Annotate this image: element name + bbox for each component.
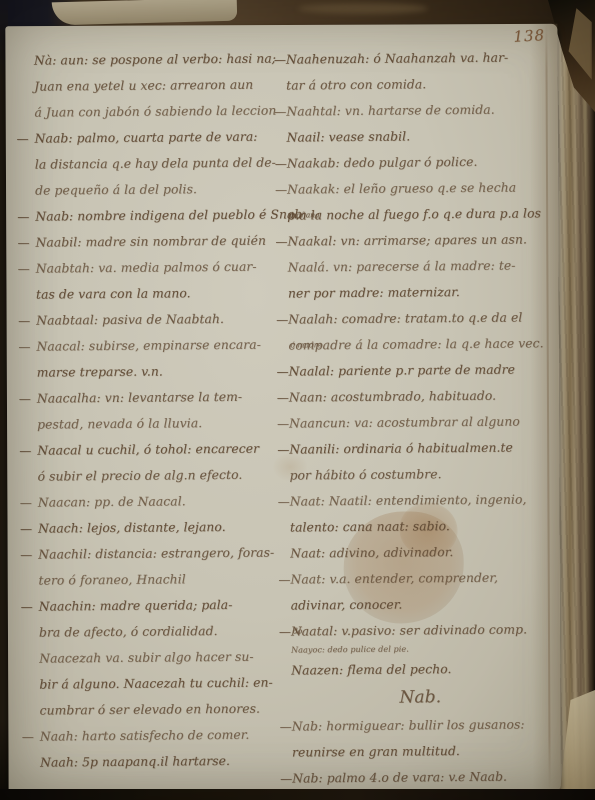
entry-text: bra de afecto, ó cordialidad. <box>39 618 218 646</box>
entry-dash-mark: — <box>17 230 29 256</box>
entry-text: Nab: palmo 4.o de vara: v.e Naab. <box>292 764 507 792</box>
manuscript-line: —Naach: lejos, distante, lejano. <box>38 513 292 541</box>
manuscript-line: —Naacal u cuchil, ó tohol: encarecer <box>37 435 291 463</box>
entry-text: de pequeño á la del polis. <box>35 176 197 203</box>
manuscript-line: —Nab: palmo 4.o de vara: v.e Naab. <box>292 763 558 791</box>
manuscript-line: —Nab: hormiguear: bullir los gusanos: <box>292 711 558 739</box>
manuscript-line: —Naalah: comadre: tratam.to q.e da el <box>288 304 554 332</box>
manuscript-line: —Naacal: subirse, empinarse encara- <box>36 331 290 359</box>
section-header: Nab. <box>291 681 557 713</box>
entry-dash-mark: — <box>276 307 288 333</box>
manuscript-line: —Naahenuzah: ó Naahanzah va. har- <box>286 44 552 72</box>
manuscript-line: marse treparse. v.n. <box>37 357 291 385</box>
entry-dash-mark: — <box>274 99 286 125</box>
entry-dash-mark: — <box>277 437 289 463</box>
manuscript-line: Naail: vease snabil. <box>286 122 552 150</box>
entry-text: Naakak: el leño grueso q.e se hecha <box>287 175 516 203</box>
entry-dash-mark: — <box>280 766 292 792</box>
manuscript-line: adivinar, conocer. <box>291 590 557 618</box>
manuscript-line: tar á otro con comida. <box>286 70 552 98</box>
manuscript-line: Naalá. vn: parecerse á la madre: te- <box>288 252 554 280</box>
manuscript-line: —Naakal: vn: arrimarse; apares un asn. <box>287 226 553 254</box>
manuscript-line: compadre á la comadre: la q.e hace vec.ó… <box>288 330 554 358</box>
entry-text: Naab: palmo, cuarta parte de vara: <box>35 124 258 152</box>
entry-text: talento: cana naat: sabio. <box>290 513 450 540</box>
entry-text: tas de vara con la mano. <box>36 280 191 307</box>
entry-text: Naabtah: va. media palmos ó cuar- <box>36 254 257 282</box>
manuscript-line: —Naacalha: vn: levantarse la tem- <box>37 383 291 411</box>
manuscript-line: ner por madre: maternizar. <box>288 278 554 306</box>
entry-text: Naancun: va: acostumbrar al alguno <box>289 409 520 437</box>
entry-dash-mark: — <box>19 386 31 412</box>
entry-text: tero ó foraneo, Hnachil <box>38 566 185 593</box>
superscript-note: do <box>293 626 302 635</box>
manuscript-line: —Naabil: madre sin nombrar de quién <box>35 227 289 255</box>
entry-text: Naabil: madre sin nombrar de quién <box>35 228 266 256</box>
entry-text: tar á otro con comida. <box>286 71 426 98</box>
entry-text: Naazen: flema del pecho. <box>291 656 451 683</box>
entry-text: la distancia q.e hay dela punta del de- <box>35 150 276 178</box>
entry-text: Naakab: dedo pulgar ó police. <box>287 149 478 177</box>
manuscript-line: Nà: aun: se pospone al verbo: hasi na; <box>34 45 288 73</box>
manuscript-line: —Naachin: madre querida; pala- <box>39 591 293 619</box>
entry-text: por hábito ó costumbre. <box>289 461 441 488</box>
entry-text: á Juan con jabón ó sabiendo la leccion <box>34 98 276 126</box>
entry-dash-mark: — <box>18 308 30 334</box>
manuscript-line: Naah: 5p naapanq.il hartarse. <box>40 747 294 775</box>
manuscript-line: cumbrar ó ser elevado en honores. <box>40 695 294 723</box>
entry-text: marse treparse. v.n. <box>37 359 163 386</box>
manuscript-line: —Naat: Naatil: entendimiento, ingenio, <box>290 486 556 514</box>
entry-text: Naacan: pp. de Naacal. <box>38 488 186 515</box>
manuscript-line: Naazen: flema del pecho. <box>291 655 557 683</box>
entry-text: bir á alguno. Naacezah tu cuchil: en- <box>39 670 273 698</box>
right-column: —Naahenuzah: ó Naahanzah va. har-tar á o… <box>286 44 558 791</box>
entry-dash-mark: — <box>18 334 30 360</box>
manuscript-page: 138 Nà: aun: se pospone al verbo: hasi n… <box>5 24 560 792</box>
entry-text: Nab: hormiguear: bullir los gusanos: <box>292 712 525 740</box>
entry-text: Naakal: vn: arrimarse; apares un asn. <box>287 226 527 254</box>
entry-text: Naalal: pariente p.r parte de madre <box>289 357 516 385</box>
entry-dash-mark: — <box>280 714 292 740</box>
manuscript-line: bra de afecto, ó cordialidad. <box>39 617 293 645</box>
manuscript-photo: 138 Nà: aun: se pospone al verbo: hasi n… <box>0 0 595 800</box>
entry-dash-mark: — <box>19 438 31 464</box>
manuscript-line: p.a la noche al fuego f.o q.e dura p.a l… <box>287 200 553 228</box>
entry-dash-mark: — <box>278 489 290 515</box>
entry-text: Naatal: v.pasivo: ser adivinado comp. <box>291 616 527 644</box>
manuscript-line: Juan ena yetel u xec: arrearon aun <box>34 71 288 99</box>
entry-text: Naan: acostumbrado, habituado. <box>289 383 496 411</box>
manuscript-line: pestad, nevada ó la lluvia. <box>37 409 291 437</box>
entry-text: cumbrar ó ser elevado en honores. <box>40 696 261 724</box>
manuscript-line: —Naanili: ordinaria ó habitualmen.te <box>289 434 555 462</box>
manuscript-line: —Naacan: pp. de Naacal. <box>38 487 292 515</box>
entry-text: Naalá. vn: parecerse á la madre: te- <box>288 253 516 281</box>
entry-dash-mark: — <box>22 724 34 750</box>
entry-text: Naah: 5p naapanq.il hartarse. <box>40 748 230 776</box>
entry-text: Naab: nombre indigena del pueblo é Snab <box>35 201 302 229</box>
entry-text: Naat: adivino, adivinador. <box>290 539 453 566</box>
manuscript-line: —Naalal: pariente p.r parte de madre <box>289 356 555 384</box>
entry-dash-mark: — <box>274 47 286 73</box>
entry-text: Naahtal: vn. hartarse de comida. <box>286 97 495 125</box>
entry-text: Nab. <box>399 682 441 712</box>
entry-text: ó subir el precio de alg.n efecto. <box>37 462 242 490</box>
entry-text: Naacal u cuchil, ó tohol: encarecer <box>37 436 259 464</box>
entry-dash-mark: — <box>18 256 30 282</box>
manuscript-line: Naacezah va. subir algo hacer su- <box>39 643 293 671</box>
entry-dash-mark: — <box>20 542 32 568</box>
entry-text: pestad, nevada ó la lluvia. <box>37 410 202 437</box>
manuscript-line: tero ó foraneo, Hnachil <box>38 565 292 593</box>
entry-dash-mark: — <box>277 385 289 411</box>
entry-text: Nà: aun: se pospone al verbo: hasi na; <box>34 46 276 74</box>
manuscript-line: por hábito ó costumbre. <box>289 460 555 488</box>
entry-text: Naahenuzah: ó Naahanzah va. har- <box>286 45 509 73</box>
manuscript-line: —Naabtah: va. media palmos ó cuar- <box>36 253 290 281</box>
entry-dash-mark: — <box>17 126 29 152</box>
entry-text: adivinar, conocer. <box>291 592 403 619</box>
entry-text: Naacalha: vn: levantarse la tem- <box>37 384 242 412</box>
entry-text: Naat: v.a. entender, comprender, <box>290 565 498 593</box>
page-number: 138 <box>513 26 546 46</box>
entry-dash-mark: — <box>277 359 289 385</box>
manuscript-line: ó subir el precio de alg.n efecto. <box>37 461 291 489</box>
manuscript-line: —Naan: acostumbrado, habituado. <box>289 382 555 410</box>
entry-text: Naabtaal: pasiva de Naabtah. <box>36 306 224 334</box>
manuscript-line: á Juan con jabón ó sabiendo la leccion <box>34 97 288 125</box>
manuscript-line: —Naachil: distancia: estrangero, foras- <box>38 539 292 567</box>
manuscript-line: Naat: adivino, adivinador. <box>290 538 556 566</box>
manuscript-line: —Naancun: va: acostumbrar al alguno <box>289 408 555 436</box>
superscript-note: ó madre <box>290 340 321 349</box>
manuscript-line: reunirse en gran multitud. <box>292 737 558 765</box>
entry-dash-mark: — <box>275 177 287 203</box>
entry-dash-mark: — <box>17 204 29 230</box>
manuscript-line: —Naahtal: vn. hartarse de comida. <box>286 96 552 124</box>
entry-dash-mark: — <box>20 490 32 516</box>
manuscript-line: —Naakak: el leño grueso q.e se hecha <box>287 174 553 202</box>
entry-text: Naat: Naatil: entendimiento, ingenio, <box>290 486 527 514</box>
manuscript-line: —Naah: harto satisfecho de comer. <box>40 721 294 749</box>
entry-dash-mark: — <box>277 411 289 437</box>
entry-text: Naanili: ordinaria ó habitualmen.te <box>289 435 513 463</box>
superscript-note: mañana <box>289 210 319 219</box>
entry-dash-mark: — <box>21 594 33 620</box>
manuscript-line: bir á alguno. Naacezah tu cuchil: en- <box>39 669 293 697</box>
manuscript-line: —Naat: v.a. entender, comprender, <box>290 564 556 592</box>
entry-text: Naail: vease snabil. <box>286 123 410 150</box>
entry-text: compadre á la comadre: la q.e hace vec. <box>288 330 543 358</box>
entry-text: ner por madre: maternizar. <box>288 279 460 306</box>
manuscript-line: —Naab: nombre indigena del pueblo é Snab <box>35 201 289 229</box>
entry-text: Naah: harto satisfecho de comer. <box>40 722 250 750</box>
manuscript-line: —Naab: palmo, cuarta parte de vara: <box>35 123 289 151</box>
manuscript-line: —Naatal: v.pasivo: ser adivinado comp.do <box>291 616 557 644</box>
manuscript-line: de pequeño á la del polis. <box>35 175 289 203</box>
entry-text: Juan ena yetel u xec: arrearon aun <box>34 72 253 100</box>
entry-dash-mark: — <box>278 567 290 593</box>
manuscript-line: —Naakab: dedo pulgar ó police. <box>287 148 553 176</box>
entry-text: Naacezah va. subir algo hacer su- <box>39 644 254 672</box>
manuscript-line: —Naabtaal: pasiva de Naabtah. <box>36 305 290 333</box>
manuscript-line: la distancia q.e hay dela punta del de- <box>35 149 289 177</box>
entry-text: Naach: lejos, distante, lejano. <box>38 514 226 542</box>
entry-text: Naachil: distancia: estrangero, foras- <box>38 540 274 568</box>
entry-text: p.a la noche al fuego f.o q.e dura p.a l… <box>287 200 541 228</box>
fore-edge-streaks <box>557 0 595 800</box>
entry-text: Naayoc: dedo pulice del pie. <box>291 644 409 657</box>
entry-text: reunirse en gran multitud. <box>292 738 460 765</box>
entry-dash-mark: — <box>20 516 32 542</box>
manuscript-line: tas de vara con la mano. <box>36 279 290 307</box>
manuscript-line: talento: cana naat: sabio. <box>290 512 556 540</box>
entry-dash-mark: — <box>275 229 287 255</box>
left-column: Nà: aun: se pospone al verbo: hasi na;Ju… <box>34 45 294 775</box>
photo-bottom-edge <box>0 789 595 800</box>
entry-dash-mark: — <box>279 619 291 645</box>
entry-text: Naalah: comadre: tratam.to q.e da el <box>288 305 522 333</box>
entry-dash-mark: — <box>275 151 287 177</box>
entry-text: Naachin: madre querida; pala- <box>39 592 233 620</box>
paper-fold-top-shadow <box>298 3 428 14</box>
entry-text: Naacal: subirse, empinarse encara- <box>36 332 261 360</box>
